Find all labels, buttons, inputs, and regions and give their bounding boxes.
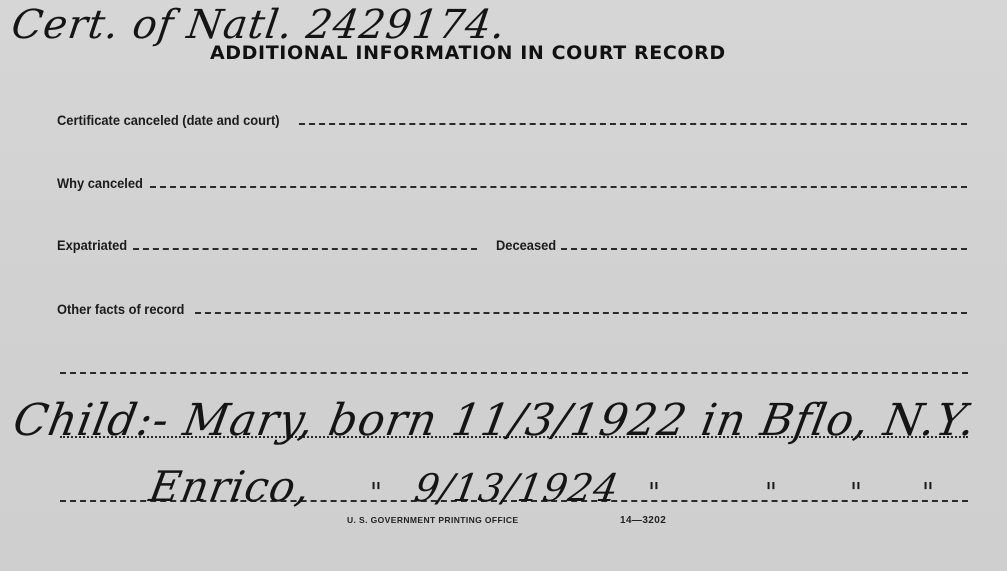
ditto-mark: ": [850, 478, 862, 508]
naturalization-record-card: Cert. of Natl. 2429174. ADDITIONAL INFOR…: [0, 0, 1007, 571]
card-title: ADDITIONAL INFORMATION IN COURT RECORD: [210, 42, 726, 64]
handwritten-enrico-birthdate: 9/13/1924: [411, 466, 623, 510]
form-number: 14—3202: [620, 515, 666, 526]
field-label: Expatriated: [57, 237, 127, 253]
field-certificate-canceled: Certificate canceled (date and court): [57, 112, 967, 128]
field-line-other-facts[interactable]: [195, 312, 967, 314]
field-line-why-canceled[interactable]: [150, 186, 967, 188]
blank-line-1[interactable]: [60, 372, 968, 374]
handwritten-child-enrico: Enrico,: [146, 462, 315, 511]
field-line-deceased[interactable]: [561, 248, 967, 250]
printer-imprint: U. S. GOVERNMENT PRINTING OFFICE: [347, 515, 518, 525]
field-label: Other facts of record: [57, 301, 184, 317]
field-line-certificate-canceled[interactable]: [299, 123, 967, 125]
field-label: Why canceled: [57, 175, 143, 191]
ditto-mark: ": [370, 478, 382, 508]
field-label: Deceased: [496, 237, 556, 253]
field-other-facts: Other facts of record: [57, 301, 967, 317]
ditto-mark: ": [648, 478, 660, 508]
field-why-canceled: Why canceled: [57, 175, 967, 191]
field-line-expatriated[interactable]: [133, 248, 477, 250]
field-deceased: Deceased: [496, 237, 967, 253]
handwritten-child-mary: Child:- Mary, born 11/3/1922 in Bflo, N.…: [10, 395, 980, 446]
ditto-mark: ": [922, 478, 934, 508]
field-label: Certificate canceled (date and court): [57, 112, 280, 128]
ditto-mark: ": [765, 478, 777, 508]
field-expatriated: Expatriated: [57, 237, 477, 253]
